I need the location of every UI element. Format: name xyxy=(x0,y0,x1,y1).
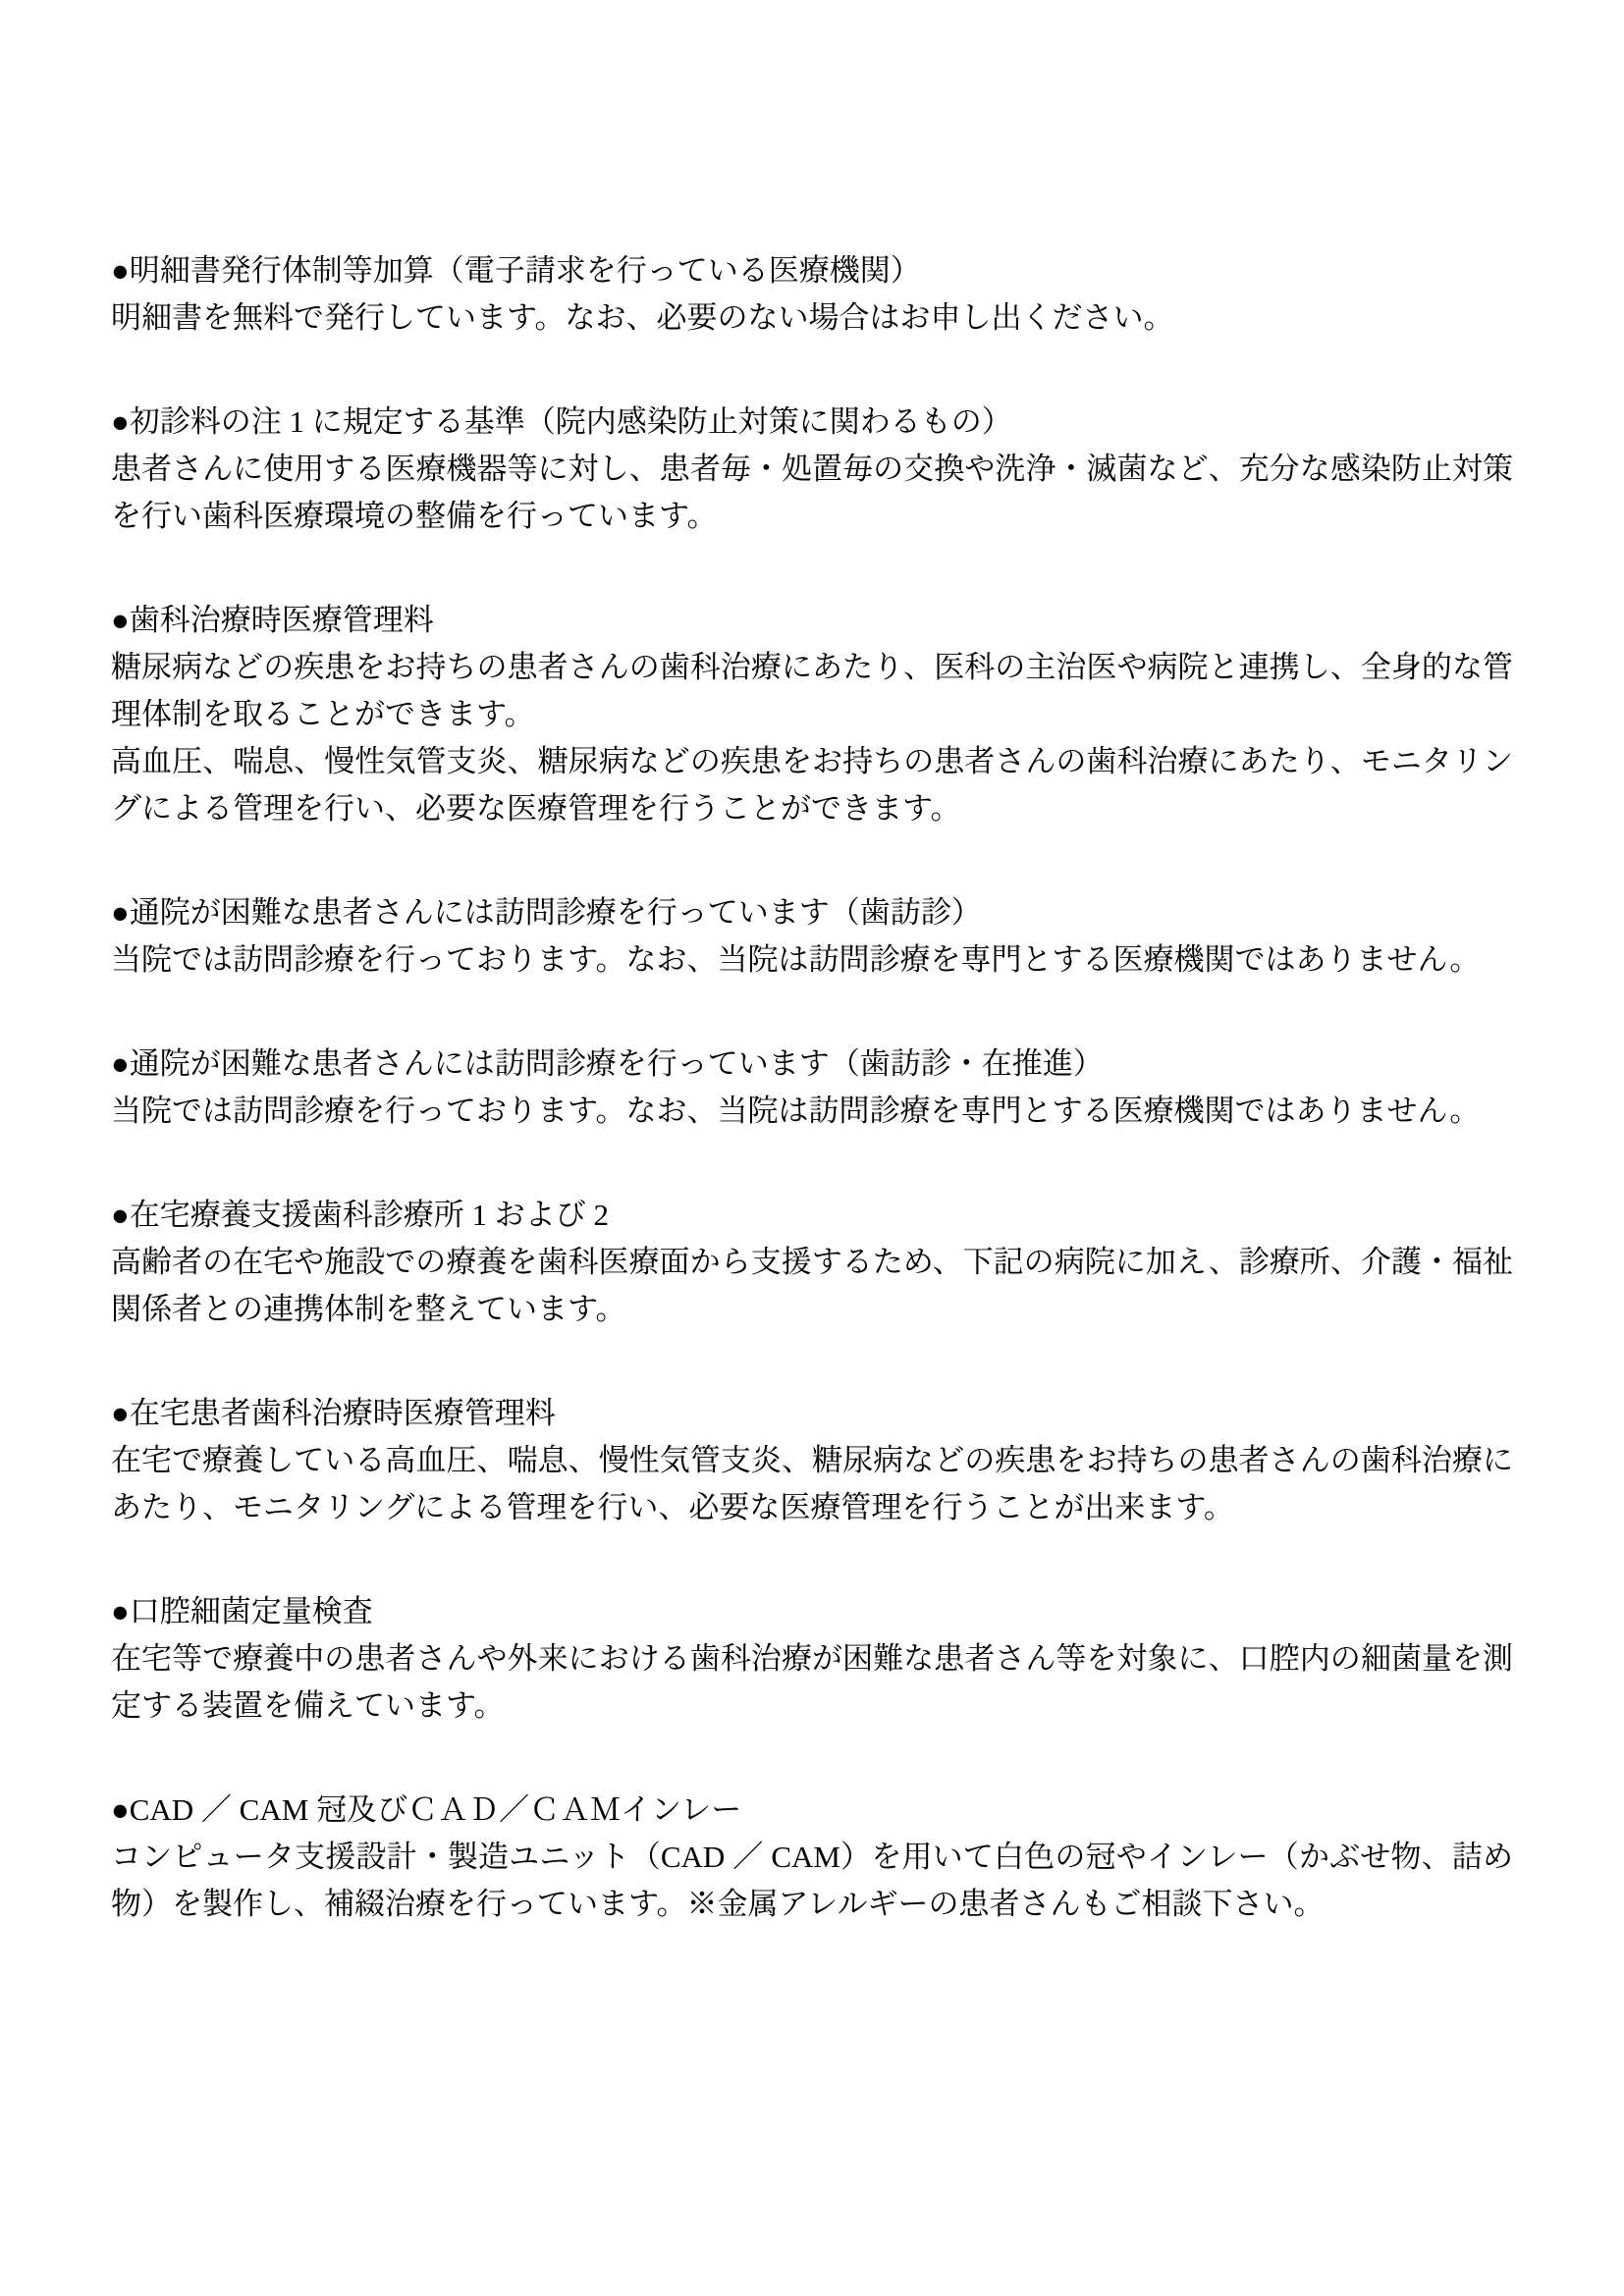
bullet-icon: ● xyxy=(111,1046,130,1081)
bullet-icon: ● xyxy=(111,253,130,288)
notice-section: ●CAD ／ CAM 冠及びＣＡＤ／ＣＡＭインレー コンピュータ支援設計・製造ユ… xyxy=(111,1787,1513,1928)
section-heading-text: 明細書発行体制等加算（電子請求を行っている医療機関） xyxy=(130,253,921,288)
notice-section: ●在宅療養支援歯科診療所 1 および 2 高齢者の在宅や施設での療養を歯科医療面… xyxy=(111,1192,1513,1333)
bullet-icon: ● xyxy=(111,1594,130,1629)
section-heading: ●在宅療養支援歯科診療所 1 および 2 xyxy=(111,1192,1513,1239)
notice-section: ●通院が困難な患者さんには訪問診療を行っています（歯訪診・在推進） 当院では訪問… xyxy=(111,1041,1513,1135)
notice-section: ●明細書発行体制等加算（電子請求を行っている医療機関） 明細書を無料で発行してい… xyxy=(111,247,1513,342)
notice-section: ●歯科治療時医療管理料 糖尿病などの疾患をお持ちの患者さんの歯科治療にあたり、医… xyxy=(111,597,1513,832)
bullet-icon: ● xyxy=(111,603,130,637)
section-paragraph: 糖尿病などの疾患をお持ちの患者さんの歯科治療にあたり、医科の主治医や病院と連携し… xyxy=(111,644,1513,738)
section-paragraph: 当院では訪問診療を行っております。なお、当院は訪問診療を専門とする医療機関ではあ… xyxy=(111,936,1513,984)
section-paragraph: 患者さんに使用する医療機器等に対し、患者毎・処置毎の交換や洗浄・滅菌など、充分な… xyxy=(111,446,1513,540)
section-heading: ●明細書発行体制等加算（電子請求を行っている医療機関） xyxy=(111,247,1513,294)
section-heading-text: 在宅患者歯科治療時医療管理料 xyxy=(130,1396,556,1430)
section-paragraph: 明細書を無料で発行しています。なお、必要のない場合はお申し出ください。 xyxy=(111,294,1513,342)
section-paragraph: 在宅等で療養中の患者さんや外来における歯科治療が困難な患者さん等を対象に、口腔内… xyxy=(111,1635,1513,1730)
section-heading: ●CAD ／ CAM 冠及びＣＡＤ／ＣＡＭインレー xyxy=(111,1787,1513,1834)
section-heading-text: 通院が困難な患者さんには訪問診療を行っています（歯訪診・在推進） xyxy=(130,1046,1104,1081)
section-heading-text: CAD ／ CAM 冠及びＣＡＤ／ＣＡＭインレー xyxy=(130,1792,742,1827)
section-heading: ●通院が困難な患者さんには訪問診療を行っています（歯訪診・在推進） xyxy=(111,1041,1513,1088)
bullet-icon: ● xyxy=(111,404,130,439)
document-page: ●明細書発行体制等加算（電子請求を行っている医療機関） 明細書を無料で発行してい… xyxy=(0,0,1624,2296)
section-paragraph: 在宅で療養している高血圧、喘息、慢性気管支炎、糖尿病などの疾患をお持ちの患者さん… xyxy=(111,1437,1513,1531)
notice-section: ●初診料の注 1 に規定する基準（院内感染防止対策に関わるもの） 患者さんに使用… xyxy=(111,399,1513,540)
section-paragraph: コンピュータ支援設計・製造ユニット（CAD ／ CAM）を用いて白色の冠やインレ… xyxy=(111,1834,1513,1928)
section-heading-text: 歯科治療時医療管理料 xyxy=(130,603,434,637)
section-heading-text: 在宅療養支援歯科診療所 1 および 2 xyxy=(130,1198,609,1232)
section-heading-text: 口腔細菌定量検査 xyxy=(130,1594,373,1629)
document-content: ●明細書発行体制等加算（電子請求を行っている医療機関） 明細書を無料で発行してい… xyxy=(111,247,1513,1928)
section-heading: ●歯科治療時医療管理料 xyxy=(111,597,1513,644)
section-paragraph: 当院では訪問診療を行っております。なお、当院は訪問診療を専門とする医療機関ではあ… xyxy=(111,1088,1513,1135)
notice-section: ●通院が困難な患者さんには訪問診療を行っています（歯訪診） 当院では訪問診療を行… xyxy=(111,889,1513,984)
bullet-icon: ● xyxy=(111,1396,130,1430)
section-heading: ●通院が困難な患者さんには訪問診療を行っています（歯訪診） xyxy=(111,889,1513,936)
section-heading: ●在宅患者歯科治療時医療管理料 xyxy=(111,1390,1513,1437)
section-heading: ●口腔細菌定量検査 xyxy=(111,1588,1513,1635)
section-heading: ●初診料の注 1 に規定する基準（院内感染防止対策に関わるもの） xyxy=(111,399,1513,446)
section-heading-text: 初診料の注 1 に規定する基準（院内感染防止対策に関わるもの） xyxy=(130,404,1012,439)
section-paragraph: 高齢者の在宅や施設での療養を歯科医療面から支援するため、下記の病院に加え、診療所… xyxy=(111,1239,1513,1333)
bullet-icon: ● xyxy=(111,895,130,930)
section-heading-text: 通院が困難な患者さんには訪問診療を行っています（歯訪診） xyxy=(130,895,982,930)
bullet-icon: ● xyxy=(111,1792,130,1827)
notice-section: ●口腔細菌定量検査 在宅等で療養中の患者さんや外来における歯科治療が困難な患者さ… xyxy=(111,1588,1513,1730)
section-paragraph: 高血圧、喘息、慢性気管支炎、糖尿病などの疾患をお持ちの患者さんの歯科治療にあたり… xyxy=(111,738,1513,832)
bullet-icon: ● xyxy=(111,1198,130,1232)
notice-section: ●在宅患者歯科治療時医療管理料 在宅で療養している高血圧、喘息、慢性気管支炎、糖… xyxy=(111,1390,1513,1531)
